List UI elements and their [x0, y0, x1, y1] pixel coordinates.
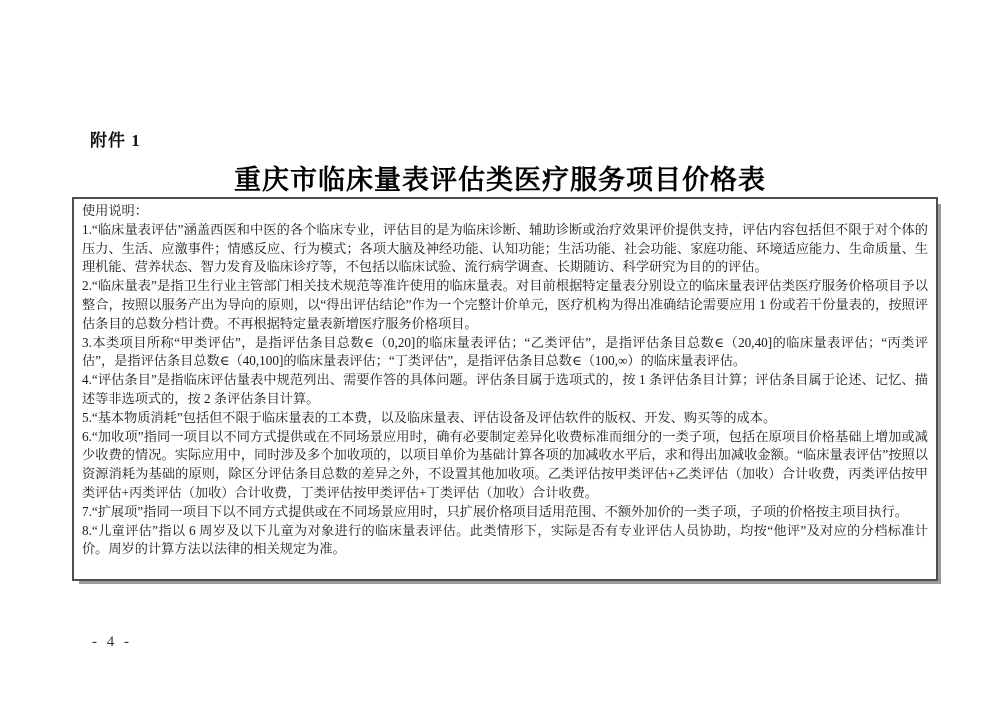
instruction-paragraph-5: 5.“基本物质消耗”包括但不限于临床量表的工本费，以及临床量表、评估设备及评估软… [82, 409, 928, 428]
instructions-heading: 使用说明： [82, 202, 928, 221]
document-page: 附件 1 重庆市临床量表评估类医疗服务项目价格表 使用说明： 1.“临床量表评估… [0, 0, 1000, 707]
page-title: 重庆市临床量表评估类医疗服务项目价格表 [0, 158, 1000, 197]
instructions-box: 使用说明： 1.“临床量表评估”涵盖西医和中医的各个临床专业，评估目的是为临床诊… [72, 197, 938, 581]
attachment-label: 附件 1 [90, 126, 141, 151]
instruction-paragraph-8: 8.“儿童评估”指以 6 周岁及以下儿童为对象进行的临床量表评估。此类情形下，实… [82, 522, 928, 560]
page-number: - 4 - [92, 634, 132, 651]
instruction-paragraph-6: 6.“加收项”指同一项目以不同方式提供或在不同场景应用时，确有必要制定差异化收费… [82, 428, 928, 503]
instruction-paragraph-2: 2.“临床量表”是指卫生行业主管部门相关技术规范等准许使用的临床量表。对目前根据… [82, 277, 928, 333]
instruction-paragraph-1: 1.“临床量表评估”涵盖西医和中医的各个临床专业，评估目的是为临床诊断、辅助诊断… [82, 221, 928, 277]
instruction-paragraph-3: 3.本类项目所称“甲类评估”，是指评估条目总数∈（0,20]的临床量表评估；“乙… [82, 334, 928, 372]
instruction-paragraph-4: 4.“评估条目”是指临床评估量表中规范列出、需要作答的具体问题。评估条目属于选项… [82, 371, 928, 409]
instruction-paragraph-7: 7.“扩展项”指同一项目下以不同方式提供或在不同场景应用时，只扩展价格项目适用范… [82, 503, 928, 522]
